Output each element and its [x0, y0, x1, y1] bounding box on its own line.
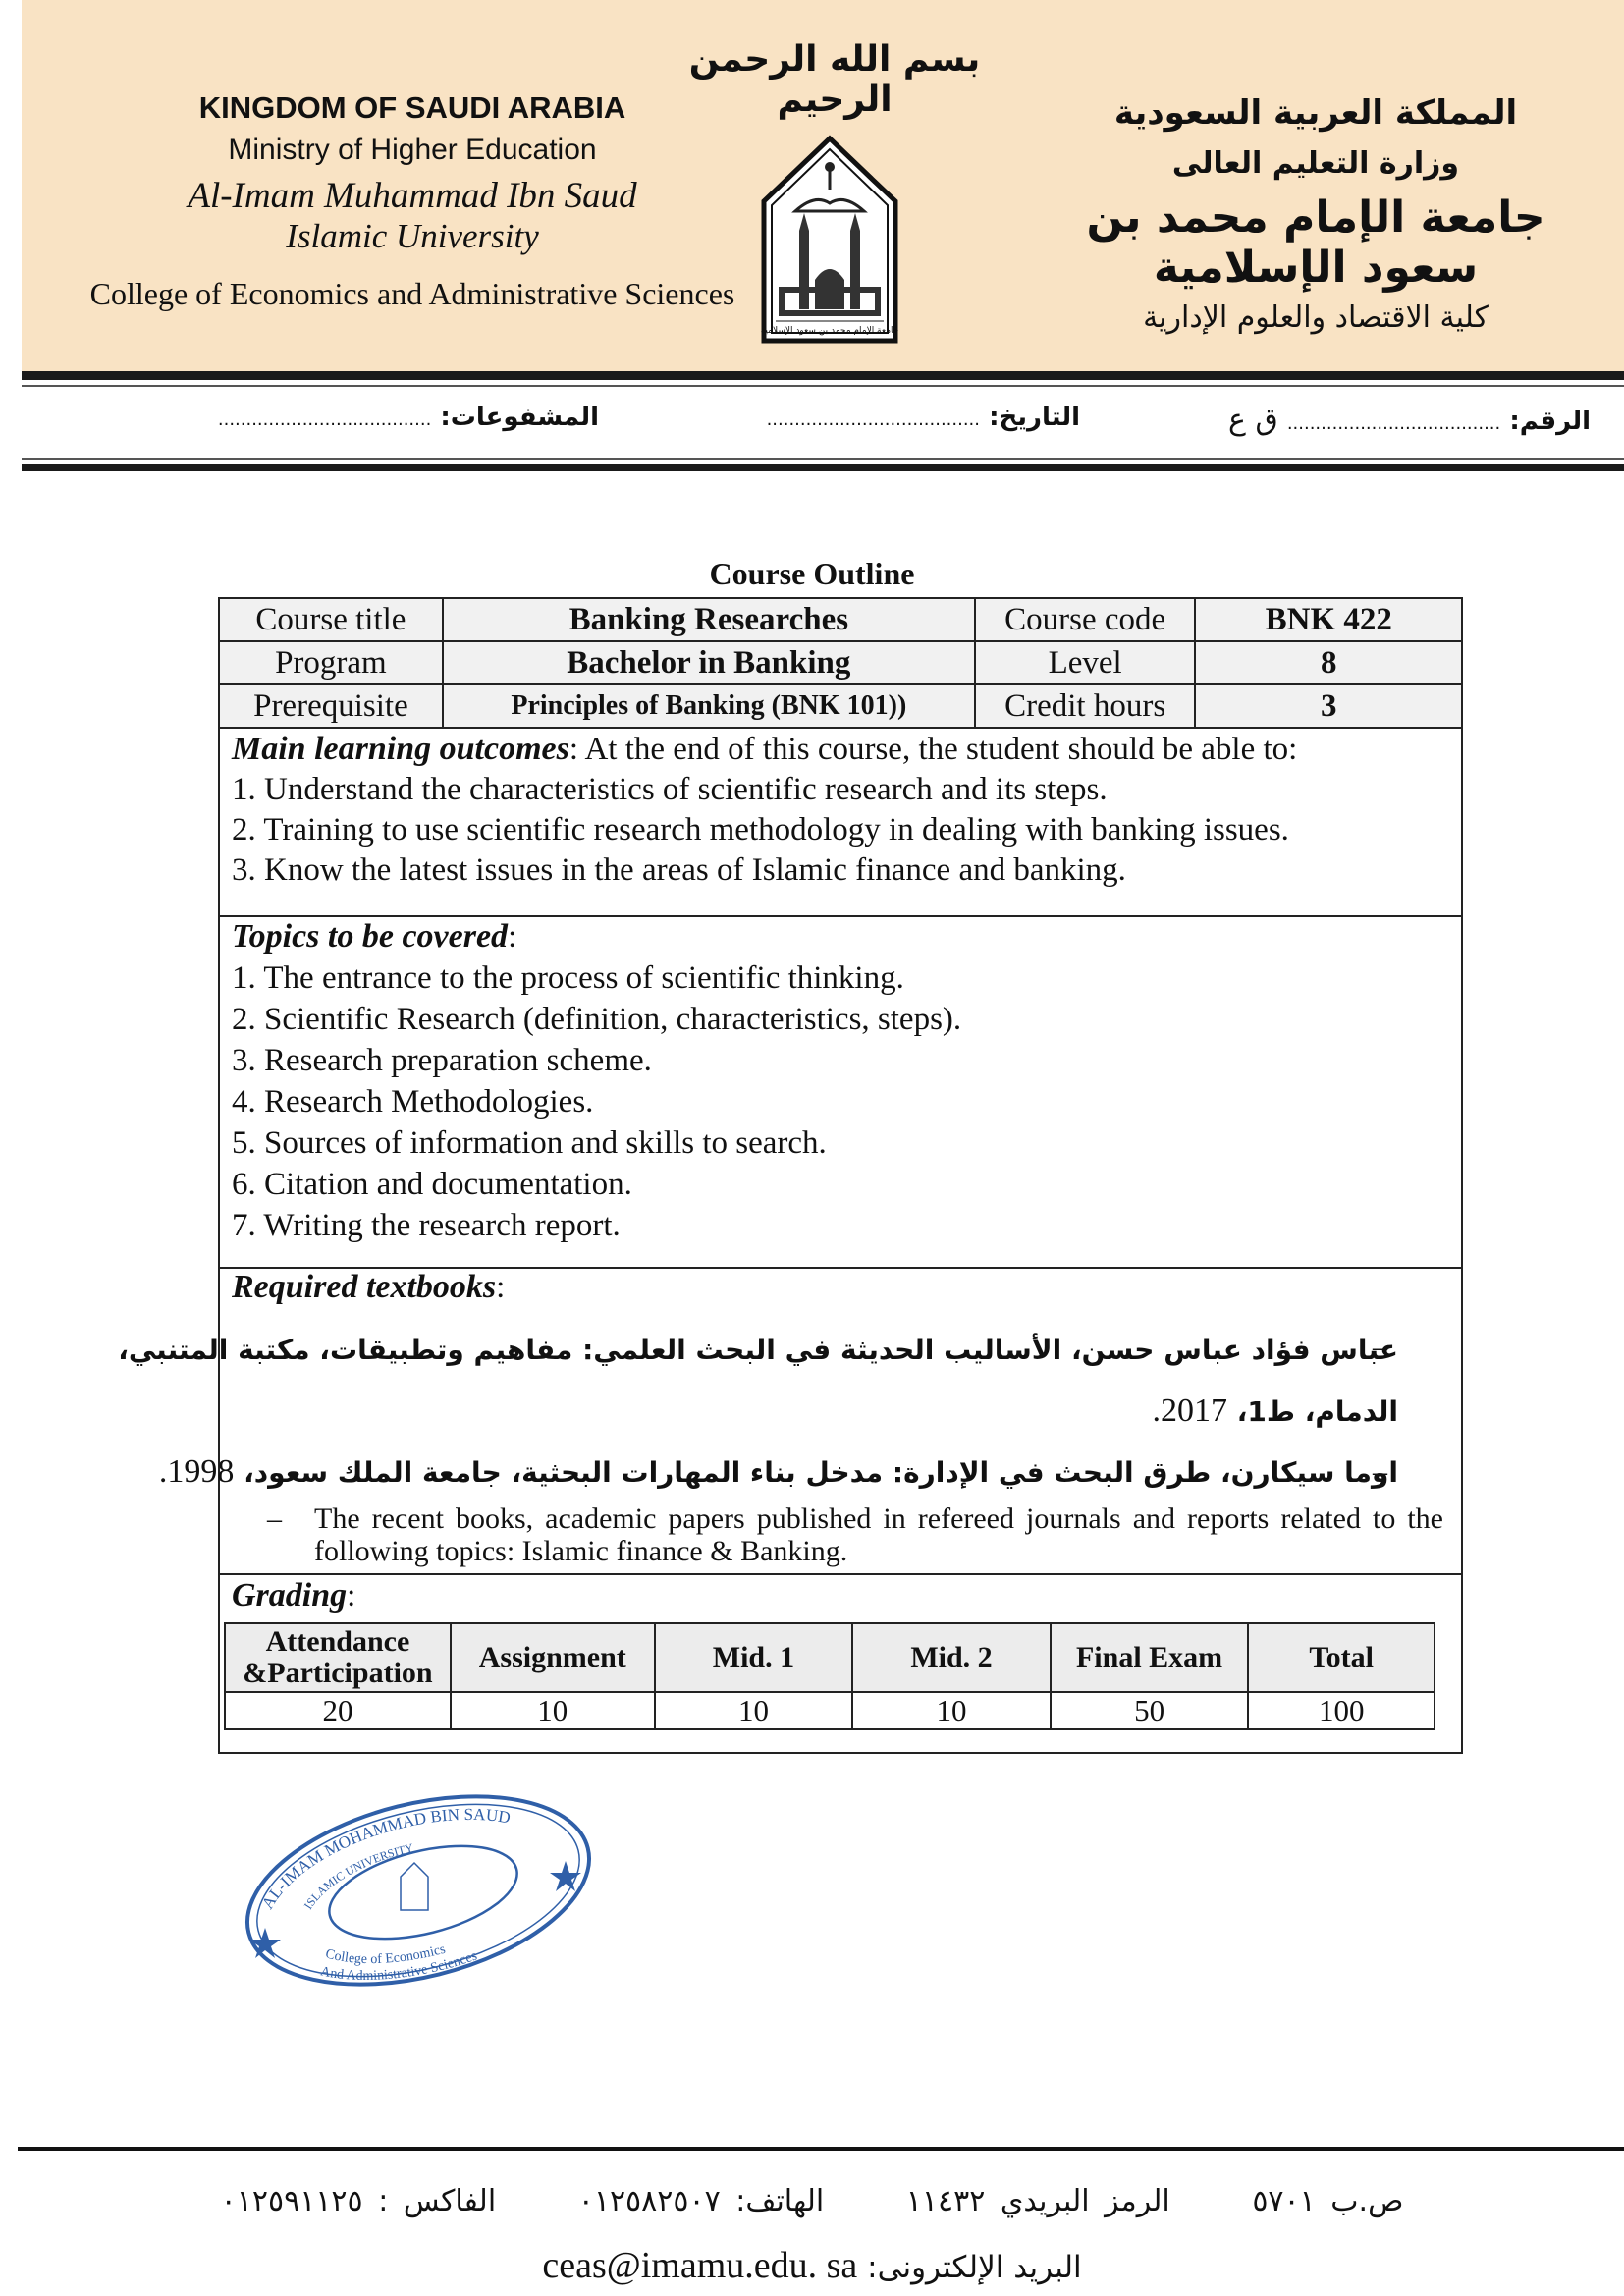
prerequisite-row: Prerequisite Principles of Banking (BNK … [219, 684, 1462, 728]
ministry-ar: وزارة التعليم العالى [1041, 146, 1591, 181]
date-field: التاريخ: ...............................… [767, 403, 1080, 432]
topic-item: 1. The entrance to the process of scient… [232, 957, 1449, 999]
grade-header: Assignment [451, 1623, 655, 1692]
label-program: Program [219, 641, 443, 684]
svg-text:جامعة الإمام محمد بن سعود الإس: جامعة الإمام محمد بن سعود الإسلامية [761, 326, 899, 336]
footer-contact: ص.ب ٥٧٠١ الرمز البريدي ١١٤٣٢ الهاتف: ٠١٢… [0, 2184, 1624, 2218]
value-course-title: Banking Researches [443, 598, 975, 641]
grade-header: Total [1248, 1623, 1435, 1692]
letterhead-rule-top [22, 371, 1624, 380]
country-ar: المملكة العربية السعودية [1041, 93, 1591, 133]
label-credit-hours: Credit hours [975, 684, 1196, 728]
learning-outcomes-intro: : At the end of this course, the student… [569, 732, 1297, 767]
topic-item: 5. Sources of information and skills to … [232, 1122, 1449, 1164]
letterhead-rule-bottom [22, 464, 1624, 471]
textbook-2: اوما سيكارن، طرق البحث في الإدارة: مدخل … [159, 1453, 1398, 1491]
grade-value: 10 [451, 1692, 655, 1729]
grade-header: Final Exam [1051, 1623, 1249, 1692]
grading-header-row: Attendance &Participation Assignment Mid… [225, 1623, 1435, 1692]
topics-heading: Topics to be covered [232, 918, 508, 955]
college-stamp: AL-IMAM MOHAMMAD BIN SAUD ISLAMIC UNIVER… [232, 1782, 605, 1989]
value-prerequisite: Principles of Banking (BNK 101)) [443, 684, 975, 728]
reference-number-field: الرقم: .................................… [1228, 403, 1591, 437]
topic-item: 3. Research preparation scheme. [232, 1040, 1449, 1081]
textbooks-heading: Required textbooks [232, 1269, 496, 1305]
textbook-1-line1: عباس فؤاد عباس حسن، الأساليب الحديثة في … [118, 1334, 1398, 1366]
grade-header: Attendance &Participation [225, 1623, 451, 1692]
topic-item: 6. Citation and documentation. [232, 1164, 1449, 1205]
grade-value: 100 [1248, 1692, 1435, 1729]
country-en: KINGDOM OF SAUDI ARABIA [59, 90, 766, 126]
outcome-item: 3. Know the latest issues in the areas o… [232, 850, 1449, 891]
learning-outcomes-heading: Main learning outcomes [232, 731, 569, 767]
grading-table: Attendance &Participation Assignment Mid… [224, 1622, 1435, 1730]
grading-heading: Grading [232, 1577, 347, 1613]
ministry-en: Ministry of Higher Education [59, 134, 766, 167]
grade-value: 10 [852, 1692, 1051, 1729]
footer-fax: الفاكس : ٠١٢٥٩١١٢٥ [221, 2184, 497, 2218]
value-program: Bachelor in Banking [443, 641, 975, 684]
grading-section: Grading: [232, 1575, 1449, 1616]
label-course-title: Course title [219, 598, 443, 641]
course-info-table: Course title Banking Researches Course c… [218, 597, 1463, 729]
college-en: College of Economics and Administrative … [59, 276, 766, 312]
topic-item: 7. Writing the research report. [232, 1205, 1449, 1246]
footer-po-box: ص.ب ٥٧٠١ [1252, 2184, 1403, 2218]
college-ar: كلية الاقتصاد والعلوم الإدارية [1041, 301, 1591, 335]
footer-email-address[interactable]: ceas@imamu.edu. sa [542, 2245, 857, 2286]
university-en-line1: Al-Imam Muhammad Ibn Saud [59, 175, 766, 217]
university-en-line2: Islamic University [59, 217, 766, 256]
footer-email-label: البريد الإلكترونى: [867, 2250, 1081, 2285]
learning-outcomes-section: Main learning outcomes: At the end of th… [232, 729, 1449, 891]
course-title-row: Course title Banking Researches Course c… [219, 598, 1462, 641]
topic-item: 2. Scientific Research (definition, char… [232, 999, 1449, 1040]
program-row: Program Bachelor in Banking Level 8 [219, 641, 1462, 684]
footer-phone: الهاتف: ٠١٢٥٨٢٥٠٧ [578, 2184, 825, 2218]
label-prerequisite: Prerequisite [219, 684, 443, 728]
letterhead-rule-thin-top [22, 385, 1624, 387]
reference-fields: الرقم: .................................… [59, 403, 1591, 452]
textbook-3: The recent books, academic papers publis… [314, 1503, 1443, 1567]
label-level: Level [975, 641, 1196, 684]
grade-value: 10 [655, 1692, 853, 1729]
english-letterhead: KINGDOM OF SAUDI ARABIA Ministry of High… [59, 86, 766, 312]
footer-email: البريد الإلكترونى: ceas@imamu.edu. sa [0, 2244, 1624, 2287]
value-level: 8 [1195, 641, 1462, 684]
footer-postal-code: الرمز البريدي ١١٤٣٢ [906, 2184, 1170, 2218]
arabic-letterhead: المملكة العربية السعودية وزارة التعليم ا… [1041, 93, 1591, 335]
bismillah: بسم الله الرحمن الرحيم [687, 39, 982, 120]
topic-item: 4. Research Methodologies. [232, 1081, 1449, 1122]
textbook-1-line2: الدمام، ط1، 2017. [1153, 1393, 1399, 1430]
letterhead-rule-thin-bottom [22, 458, 1624, 460]
value-course-code: BNK 422 [1195, 598, 1462, 641]
grade-header: Mid. 2 [852, 1623, 1051, 1692]
grade-value: 50 [1051, 1692, 1249, 1729]
grading-values-row: 20 10 10 10 50 100 [225, 1692, 1435, 1729]
value-credit-hours: 3 [1195, 684, 1462, 728]
grade-header: Mid. 1 [655, 1623, 853, 1692]
textbooks-section: Required textbooks: [232, 1267, 1449, 1308]
footer-rule [18, 2147, 1624, 2151]
outcome-item: 1. Understand the characteristics of sci… [232, 770, 1449, 810]
outcome-item: 2. Training to use scientific research m… [232, 810, 1449, 850]
label-course-code: Course code [975, 598, 1196, 641]
university-ar: جامعة الإمام محمد بن سعود الإسلامية [1041, 192, 1591, 293]
list-dash: – [267, 1503, 282, 1536]
grade-value: 20 [225, 1692, 451, 1729]
attachments-field: المشفوعات: .............................… [218, 403, 599, 432]
document-title: Course Outline [0, 556, 1624, 592]
university-logo-icon: جامعة الإمام محمد بن سعود الإسلامية [756, 133, 903, 349]
topics-section: Topics to be covered: 1. The entrance to… [232, 916, 1449, 1246]
